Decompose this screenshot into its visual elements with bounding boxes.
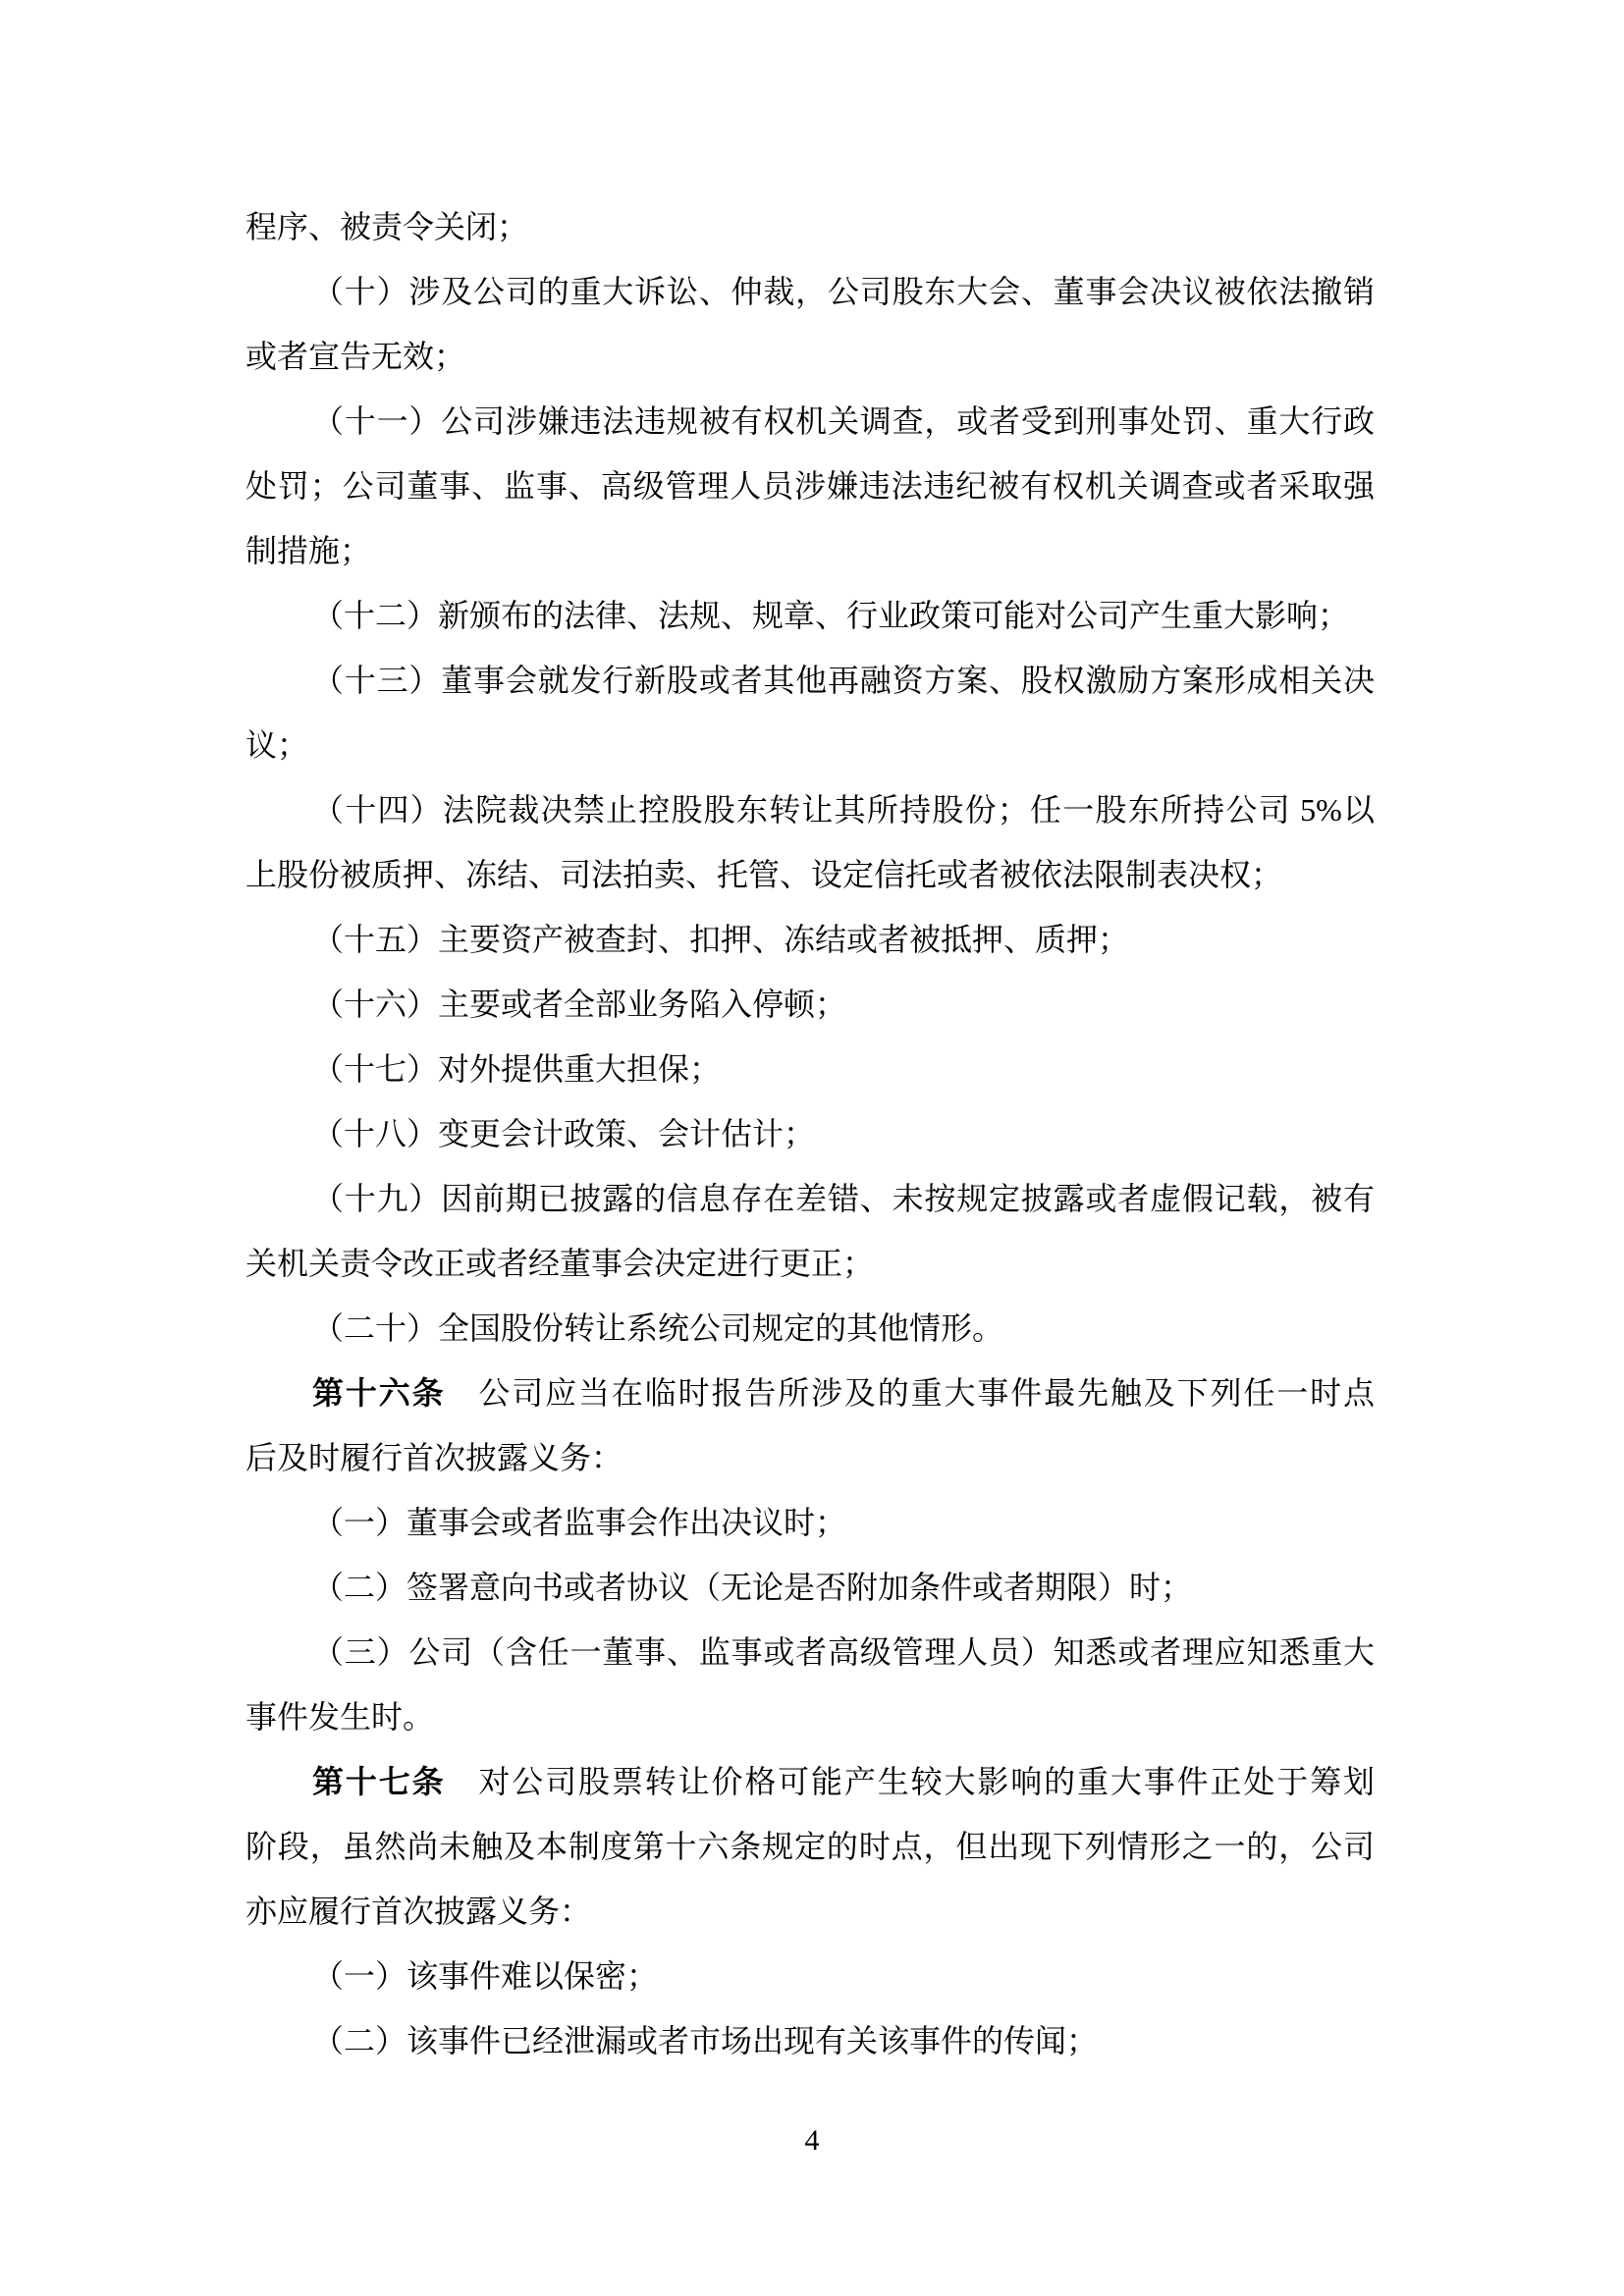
text-run: 阶段，虽然尚未触及本制度第十六条规定的时点，但出现下列情形之一的，公司 — [245, 1829, 1375, 1864]
text-line: 上股份被质押、冻结、司法拍卖、托管、设定信托或者被依法限制表决权； — [245, 842, 1375, 907]
text-run: （十六）主要或者全部业务陷入停顿； — [312, 987, 846, 1022]
text-run: （十八）变更会计政策、会计估计； — [312, 1116, 815, 1151]
text-line: 阶段，虽然尚未触及本制度第十六条规定的时点，但出现下列情形之一的，公司 — [245, 1814, 1375, 1879]
text-run: 或者宣告无效； — [245, 339, 465, 374]
text-line: （十四）法院裁决禁止控股股东转让其所持股份；任一股东所持公司 5%以 — [245, 777, 1375, 842]
text-run: 亦应履行首次披露义务： — [245, 1894, 591, 1929]
text-run: 程序、被责令关闭； — [245, 209, 528, 244]
text-run: 对公司股票转让价格可能产生较大影响的重大事件正处于筹划 — [445, 1764, 1375, 1799]
text-line: 关机关责令改正或者经董事会决定进行更正； — [245, 1231, 1375, 1296]
text-line: 制措施； — [245, 518, 1375, 583]
text-line: （十一）公司涉嫌违法违规被有权机关调查，或者受到刑事处罚、重大行政 — [245, 389, 1375, 454]
text-line: （一）董事会或者监事会作出决议时； — [245, 1490, 1375, 1555]
text-line: （十七）对外提供重大担保； — [245, 1037, 1375, 1101]
text-run: 上股份被质押、冻结、司法拍卖、托管、设定信托或者被依法限制表决权； — [245, 857, 1282, 892]
text-run: （二）签署意向书或者协议（无论是否附加条件或者期限）时； — [312, 1570, 1192, 1605]
text-run: （十）涉及公司的重大诉讼、仲裁，公司股东大会、董事会决议被依法撤销 — [312, 274, 1375, 309]
text-line: 或者宣告无效； — [245, 324, 1375, 389]
text-line: 后及时履行首次披露义务： — [245, 1425, 1375, 1490]
text-line: （十九）因前期已披露的信息存在差错、未按规定披露或者虚假记载，被有 — [245, 1166, 1375, 1231]
text-run: （一）董事会或者监事会作出决议时； — [312, 1505, 846, 1540]
text-run: 关机关责令改正或者经董事会决定进行更正； — [245, 1246, 874, 1281]
text-line: （三）公司（含任一董事、监事或者高级管理人员）知悉或者理应知悉重大 — [245, 1620, 1375, 1684]
text-line: 事件发生时。 — [245, 1684, 1375, 1749]
page-number: 4 — [805, 2124, 820, 2157]
text-line: （十八）变更会计政策、会计估计； — [245, 1101, 1375, 1166]
text-run: （三）公司（含任一董事、监事或者高级管理人员）知悉或者理应知悉重大 — [312, 1634, 1375, 1670]
text-line: 第十六条 公司应当在临时报告所涉及的重大事件最先触及下列任一时点 — [245, 1361, 1375, 1425]
text-line: （十五）主要资产被查封、扣押、冻结或者被抵押、质押； — [245, 907, 1375, 972]
text-run: （十七）对外提供重大担保； — [312, 1051, 721, 1087]
text-line: 议； — [245, 713, 1375, 777]
document-page: 程序、被责令关闭；（十）涉及公司的重大诉讼、仲裁，公司股东大会、董事会决议被依法… — [0, 0, 1624, 2296]
text-run: （二）该事件已经泄漏或者市场出现有关该事件的传闻； — [312, 2023, 1098, 2058]
text-line: 亦应履行首次披露义务： — [245, 1879, 1375, 1944]
text-run: 处罚；公司董事、监事、高级管理人员涉嫌违法违纪被有权机关调查或者采取强 — [245, 468, 1375, 504]
text-run: 议； — [245, 727, 308, 763]
text-line: 第十七条 对公司股票转让价格可能产生较大影响的重大事件正处于筹划 — [245, 1749, 1375, 1814]
text-run: （十四）法院裁决禁止控股股东转让其所持股份；任一股东所持公司 5%以 — [312, 792, 1375, 828]
text-run: 事件发生时。 — [245, 1699, 434, 1735]
text-line: 处罚；公司董事、监事、高级管理人员涉嫌违法违纪被有权机关调查或者采取强 — [245, 454, 1375, 518]
text-line: （二）该事件已经泄漏或者市场出现有关该事件的传闻； — [245, 2008, 1375, 2073]
text-run: （一）该事件难以保密； — [312, 1958, 658, 1994]
text-run: 制措施； — [245, 533, 371, 568]
text-run: （十一）公司涉嫌违法违规被有权机关调查，或者受到刑事处罚、重大行政 — [312, 403, 1375, 439]
text-line: （二十）全国股份转让系统公司规定的其他情形。 — [245, 1296, 1375, 1361]
text-line: （十）涉及公司的重大诉讼、仲裁，公司股东大会、董事会决议被依法撤销 — [245, 259, 1375, 324]
text-line: 程序、被责令关闭； — [245, 194, 1375, 259]
document-body: 程序、被责令关闭；（十）涉及公司的重大诉讼、仲裁，公司股东大会、董事会决议被依法… — [245, 194, 1375, 2073]
text-run: （十九）因前期已披露的信息存在差错、未按规定披露或者虚假记载，被有 — [312, 1181, 1375, 1216]
article-number-heading: 第十七条 — [312, 1764, 445, 1799]
text-line: （十六）主要或者全部业务陷入停顿； — [245, 972, 1375, 1037]
text-run: 公司应当在临时报告所涉及的重大事件最先触及下列任一时点 — [445, 1375, 1375, 1411]
text-run: （十五）主要资产被查封、扣押、冻结或者被抵押、质押； — [312, 922, 1129, 957]
text-line: （一）该事件难以保密； — [245, 1944, 1375, 2008]
text-line: （十二）新颁布的法律、法规、规章、行业政策可能对公司产生重大影响； — [245, 583, 1375, 648]
page-footer: 4 — [0, 2123, 1624, 2159]
text-run: （二十）全国股份转让系统公司规定的其他情形。 — [312, 1310, 1003, 1346]
text-line: （十三）董事会就发行新股或者其他再融资方案、股权激励方案形成相关决 — [245, 648, 1375, 713]
article-number-heading: 第十六条 — [312, 1375, 445, 1411]
text-run: （十三）董事会就发行新股或者其他再融资方案、股权激励方案形成相关决 — [312, 663, 1375, 698]
text-line: （二）签署意向书或者协议（无论是否附加条件或者期限）时； — [245, 1555, 1375, 1620]
text-run: （十二）新颁布的法律、法规、规章、行业政策可能对公司产生重大影响； — [312, 598, 1349, 633]
text-run: 后及时履行首次披露义务： — [245, 1440, 623, 1475]
